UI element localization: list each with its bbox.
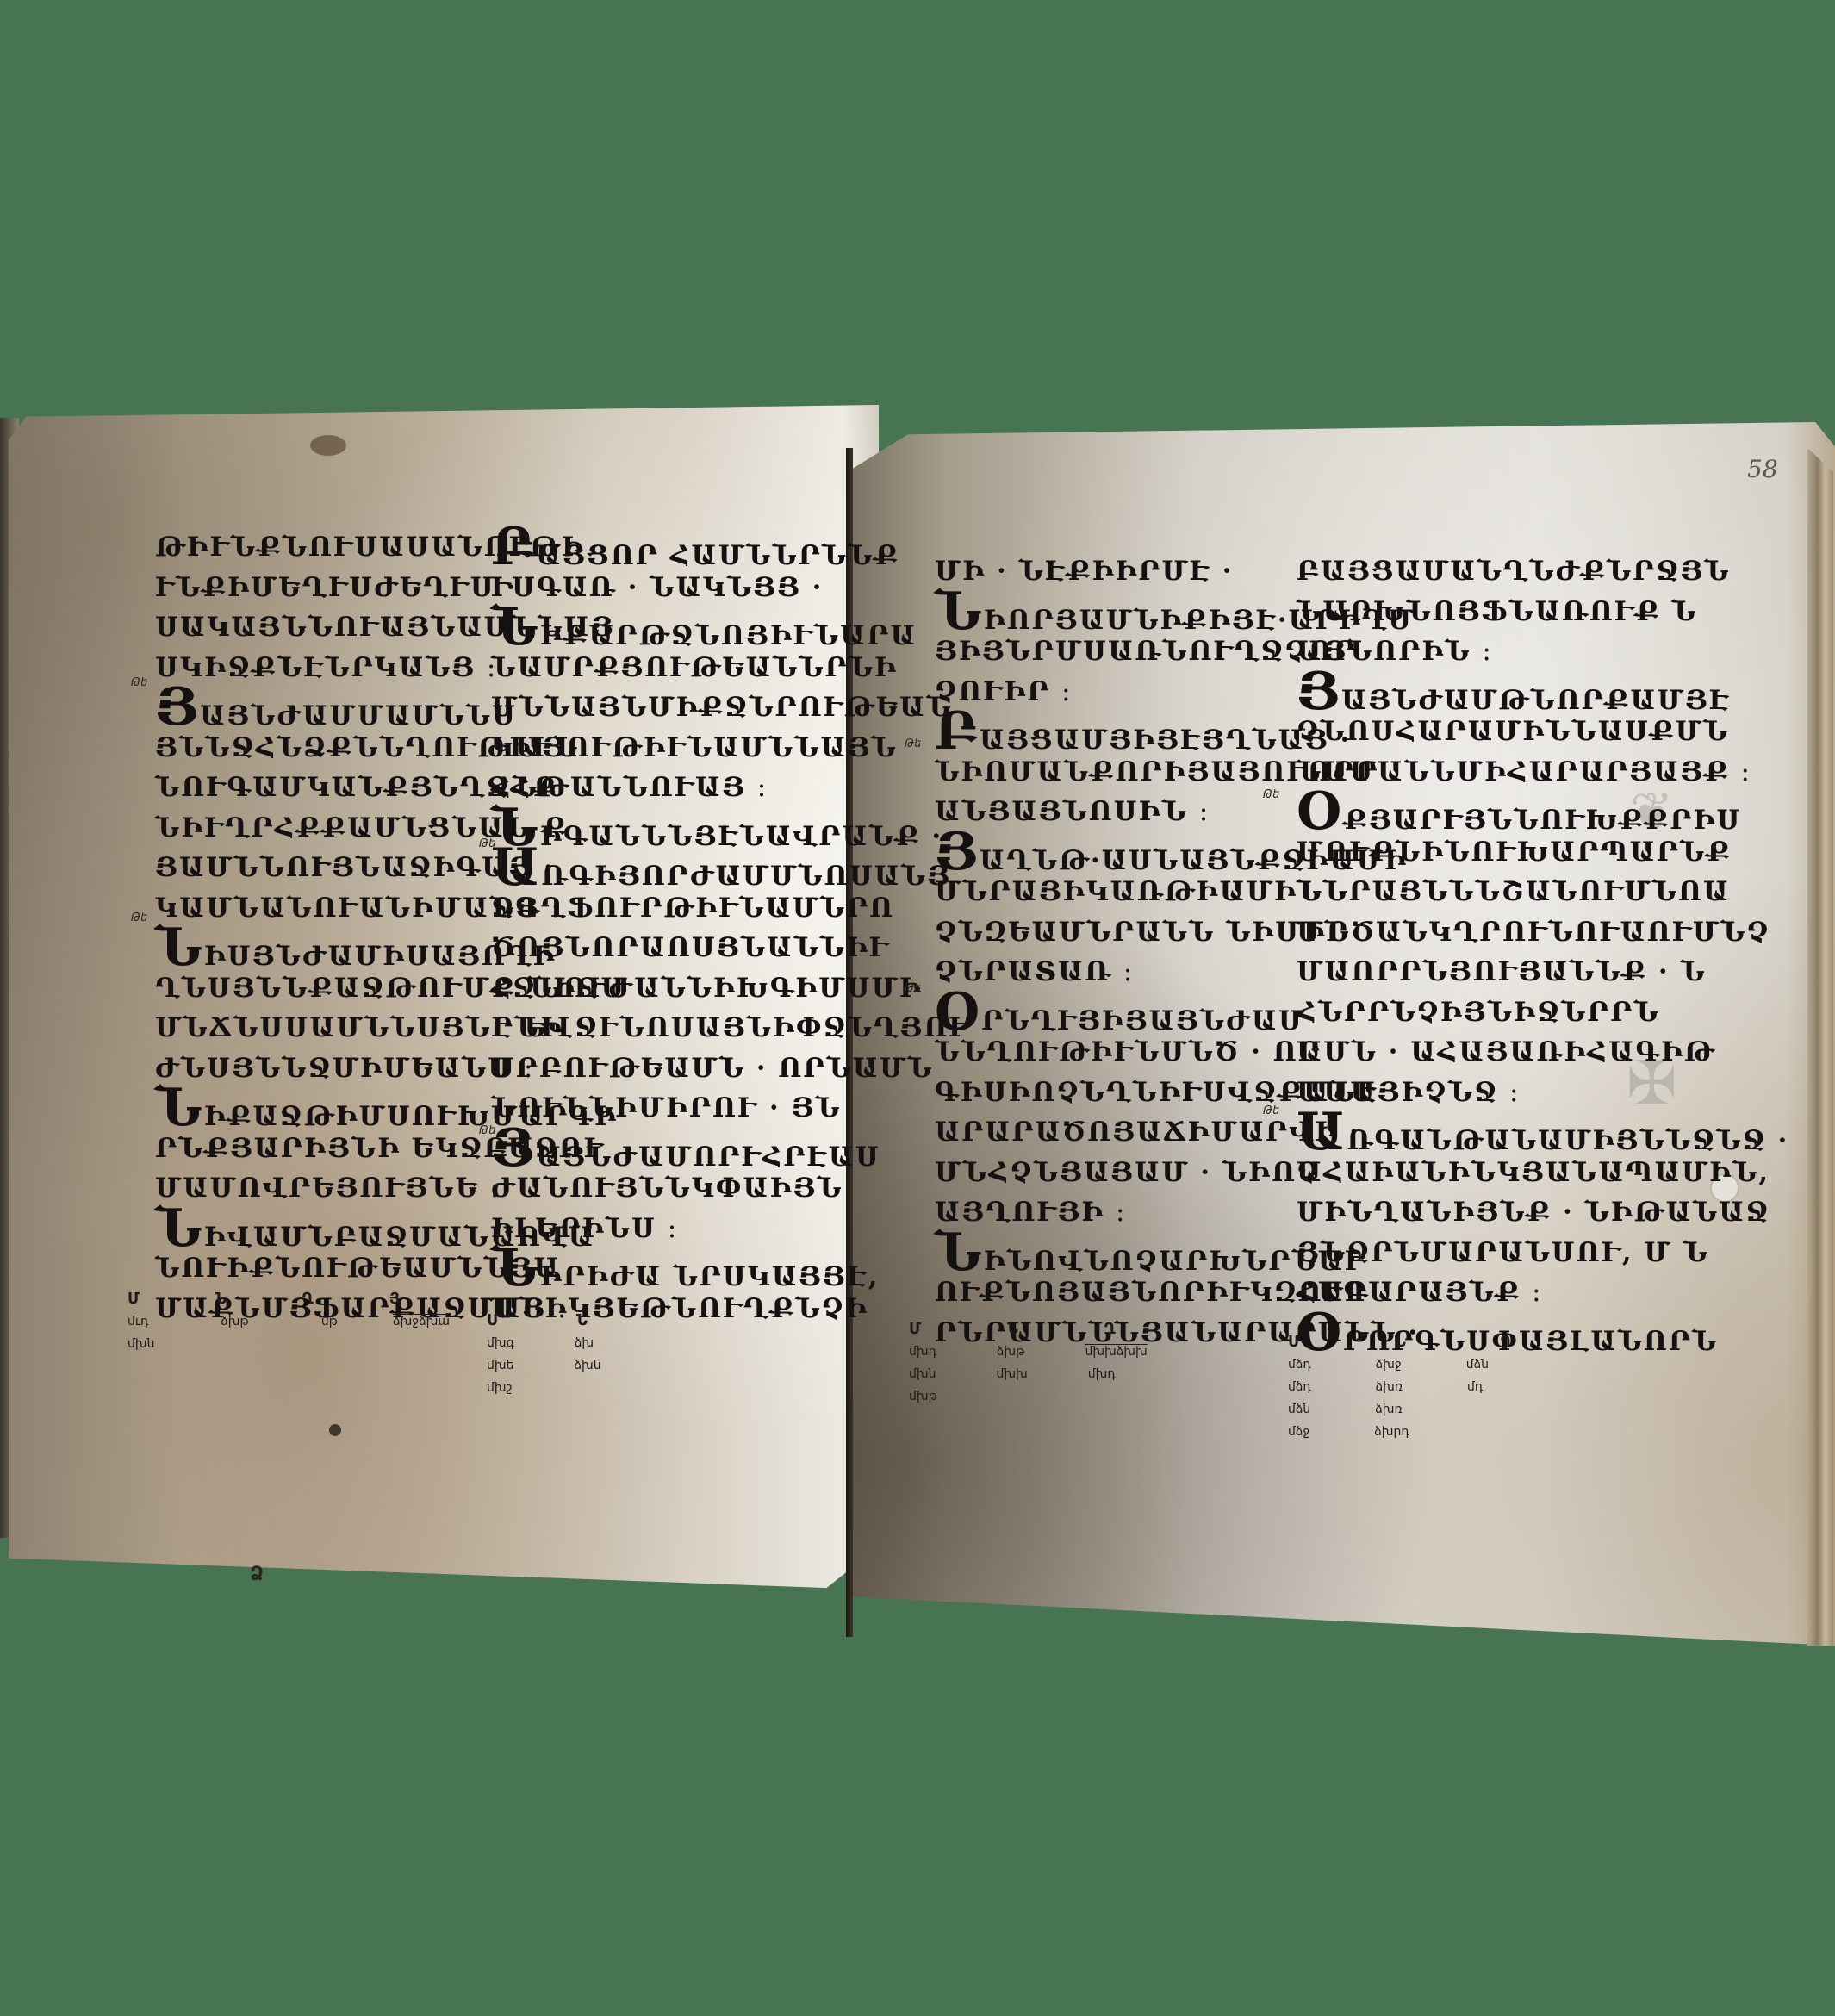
canon-header: Յ bbox=[389, 1288, 400, 1310]
rubric-marker: Թե bbox=[131, 912, 147, 924]
text-line: ՉՆՈՍՀԱՐԱՄԻՆՆԱՍՔՄՆ bbox=[1297, 712, 1788, 752]
canon-cell: մխն bbox=[128, 1337, 154, 1351]
text-line: ՆՈՒՆՆԻՄԻՐՈՒ · ՅՆ bbox=[491, 1088, 969, 1129]
canon-cell: ձխջ bbox=[1376, 1353, 1402, 1376]
text-line: ՆԻՐԻԺԱ ՆՐՍԿԱՅՅԷ, bbox=[491, 1248, 969, 1289]
canon-header: Մ bbox=[128, 1288, 140, 1310]
rubric-marker: Թե bbox=[905, 982, 921, 995]
text-line: ԱՀԱԻԱՆԻՆԿՅԱՆԱՊԱՄԻՆ, bbox=[1297, 1153, 1788, 1193]
canon-cell: ձխ bbox=[575, 1332, 594, 1354]
canon-header: Ն bbox=[1395, 1331, 1406, 1353]
canon-cell: մձն bbox=[1288, 1398, 1310, 1421]
canon-cell: մձջ bbox=[1288, 1421, 1309, 1443]
text-line: ԱՅՆՈՐԻՆ ։ bbox=[1297, 632, 1788, 672]
canon-header: Ղ bbox=[1501, 1331, 1512, 1353]
rubric-marker: Թե bbox=[905, 737, 921, 750]
right-page-column-b: ԲԱՅՑԱՄԱՆՂՆԺՔՆՐՋՅՆ ՆԱՐԽՆՈՅՖՆԱՌՈՒՔ Ն ԱՅՆՈՐ… bbox=[1297, 551, 1788, 1353]
canon-table-right-a: Մ Ն Ղ մխդ ձխթ մխխձխխ մխն մխխ մխդ մխթ bbox=[909, 1318, 1148, 1408]
canon-cell: ձխն bbox=[574, 1354, 600, 1377]
stain-mark bbox=[329, 1424, 341, 1436]
canon-header: Ն bbox=[576, 1310, 588, 1332]
text-line: ԱՄՆ · ԱՀԱՅԱՌԻՀԱԳԻԹ bbox=[1297, 1032, 1788, 1073]
quire-mark: Ձ bbox=[250, 1564, 264, 1585]
left-page-column-b: ԲԱՅՑՈՐ ՀԱՄՆՆՐՆՆՔ ՒՍԳԱՌ · ՆԱԿՆՅՅ · ՆԻՔԱՐԹ… bbox=[491, 527, 969, 1328]
canon-cell: մխդ bbox=[909, 1341, 936, 1363]
canon-cell: մխն bbox=[909, 1363, 936, 1385]
canon-header: Մ bbox=[487, 1310, 499, 1332]
canon-table-left-a: Մ Ն Ղ Յ մւդ ձխթ մթ ձխջձխա մխն bbox=[128, 1288, 450, 1355]
canon-cell: ձխթ bbox=[997, 1341, 1025, 1363]
canon-cell: ձխռ bbox=[1376, 1376, 1403, 1398]
text-line: ՐՆԻ ՋՒՆՈՍԱՅՆԻՓՋՆՂՅՈՒ bbox=[491, 1008, 969, 1048]
rubric-marker: Թե bbox=[1263, 788, 1279, 801]
text-line: ԱՌԳԻՅՈՐԺԱՄՄՆՈՍԱՆՅ bbox=[491, 848, 969, 888]
text-line: ՆԱՄՐՔՅՈՒԹԵԱՆՆՐՆԻ bbox=[491, 648, 969, 688]
text-line: ԾՈՅՆՈՐԱՈՍՅՆԱՆՆԻՒ bbox=[491, 928, 969, 968]
text-line: ՆԱՐԽՆՈՅՖՆԱՌՈՒՔ Ն bbox=[1297, 592, 1788, 632]
canon-cell: մձդ bbox=[1288, 1376, 1311, 1398]
text-line: ՄՆՆԱՅՆՄԻՔՋՆՐՈՒԹԵԱՆ bbox=[491, 688, 969, 728]
text-line: ՆԱՄԱՆՆՄԻՀԱՐԱՐՅԱՅՔ ։ bbox=[1297, 752, 1788, 793]
text-line: ԿԱՅՈՒԹԻՒՆԱՄՆՆԱՅՆ bbox=[491, 728, 969, 768]
text-line: ԱՌԳԱՆԹԱՆԱՄԻՅՆՆՋՆՋ · bbox=[1297, 1112, 1788, 1153]
text-line: ՆՆՐԱՅՆՆՆՇԱՆՈՒՄՆՈԱ bbox=[1297, 872, 1788, 912]
canon-cell: մխդ bbox=[1088, 1363, 1116, 1385]
canon-cell: մխե bbox=[487, 1354, 513, 1377]
canon-cell: մխշ bbox=[487, 1381, 513, 1395]
canon-header: Մ bbox=[909, 1318, 921, 1341]
text-line: ՅԱՅՆԺԱՄԹՆՈՐՔԱՄՅԷ bbox=[1297, 672, 1788, 712]
text-line: ՕՔՅԱՐՒՅՆՆՈՒԽՔՔՐԻՍ bbox=[1297, 792, 1788, 832]
canon-cell: մխխձխխ bbox=[1085, 1341, 1147, 1363]
canon-cell: մխթ bbox=[909, 1390, 937, 1403]
canon-cell: մթ bbox=[321, 1310, 338, 1333]
canon-header: Ն bbox=[1007, 1318, 1018, 1341]
text-line: ՄԻՆՂԱՆԻՅՆՔ · ՆԻԹԱՆԱՋ bbox=[1297, 1192, 1788, 1233]
text-line: ԻԼԵՐԻՆՍ ։ bbox=[491, 1209, 969, 1249]
text-line: ՀՆԹԱՆՆՈՒԱՅ ։ bbox=[491, 768, 969, 808]
rubric-marker: Թե bbox=[131, 676, 147, 689]
text-line: ՆԻՔԱՐԹՋՆՈՅԻՒՆԱՐԱ bbox=[491, 607, 969, 648]
text-line: ՆԻԳԱՆՆՆՅԷՆԱՎՐԱՆՔ · bbox=[491, 808, 969, 849]
text-line: ԺԱՆՈՒՅՆՆԿՓԱԻՅՆ bbox=[491, 1168, 969, 1209]
text-line: ՍՐԲՈՒԹԵԱՄՆ · ՈՐՆԱՄՆ bbox=[491, 1048, 969, 1089]
canon-header: Մ bbox=[1288, 1331, 1300, 1353]
canon-cell: մխգ bbox=[487, 1332, 514, 1354]
text-line: ՋԳՂՖՈՒՐԹԻՒՆԱՄՆՐՈ bbox=[491, 888, 969, 929]
text-line: ՀՆՐՐՆՉԻՅՆԻՋՆՐՐՆ bbox=[1297, 992, 1788, 1033]
canon-table-right-b: Մ Ն Ղ մձդ ձխջ մձն մձդ ձխռ մդ մձն ձխռ մձջ… bbox=[1288, 1331, 1512, 1443]
text-line: ԱԱԱՅԻՉՆՋ ։ bbox=[1297, 1073, 1788, 1113]
text-line: ՄՈՒՔՆԻՆՈՒԽԱՐՊԱՐՆՔ bbox=[1297, 832, 1788, 873]
text-line: ՀԱՐԱՐԱՅՆՔ ։ bbox=[1297, 1272, 1788, 1313]
canon-cell: ձխջձխա bbox=[393, 1310, 450, 1333]
canon-header: Ղ bbox=[302, 1288, 314, 1310]
canon-cell: մձդ bbox=[1288, 1353, 1311, 1376]
rubric-marker: Թե bbox=[479, 1124, 495, 1137]
text-line: ՄԱՈՐՐՆՅՈՒՅԱՆՆՔ · Ն bbox=[1297, 952, 1788, 992]
open-manuscript: 58 ❦ ✠ ԹԻՒՆՔՆՈՒՍԱՍԱՆՈՒԹԻ ՒՆՔԻՄԵՂՒՍԺԵՂՒՍ … bbox=[0, 0, 1835, 2016]
text-line: ՅԱՅՆԺԱՄՈՐՒՀՐԷԱՍ bbox=[491, 1129, 969, 1169]
canon-cell: ձխրդ bbox=[1374, 1421, 1409, 1443]
text-line: ԲԱՅՑԱՄԱՆՂՆԺՔՆՐՋՅՆ bbox=[1297, 551, 1788, 592]
canon-cell: մձն bbox=[1466, 1353, 1489, 1376]
canon-cell: մւդ bbox=[128, 1310, 148, 1333]
text-line: ՅՆՋՐՆՄԱՐԱՆՍՈՒ, Մ Ն bbox=[1297, 1233, 1788, 1273]
rubric-marker: Թե bbox=[1263, 1104, 1279, 1117]
folio-number: 58 bbox=[1747, 455, 1778, 483]
right-fore-edge bbox=[1807, 448, 1833, 1646]
text-line: ՒՍԳԱՌ · ՆԱԿՆՅՅ · bbox=[491, 568, 969, 608]
text-line: ՀՋՆՈՒԺԱՆՆԻԽԳԻՄՍՄԻ bbox=[491, 968, 969, 1009]
stain-mark bbox=[310, 435, 346, 456]
text-line: ՄՆԾԱՆԿՂՐՈՒՆՈՒԱՈՒՄՆՉ bbox=[1297, 912, 1788, 953]
canon-cell: մխխ bbox=[996, 1363, 1027, 1385]
rubric-marker: Թե bbox=[479, 837, 495, 850]
canon-table-left-b: Մ Ն մխգ ձխ մխե ձխն մխշ bbox=[487, 1310, 601, 1399]
canon-cell: ձխռ bbox=[1375, 1398, 1402, 1421]
canon-cell: ձխթ bbox=[221, 1310, 249, 1333]
canon-cell: մդ bbox=[1467, 1376, 1483, 1398]
canon-header: Ն bbox=[215, 1288, 227, 1310]
canon-header: Ղ bbox=[1104, 1318, 1116, 1341]
text-line: ԲԱՅՑՈՐ ՀԱՄՆՆՐՆՆՔ bbox=[491, 527, 969, 568]
